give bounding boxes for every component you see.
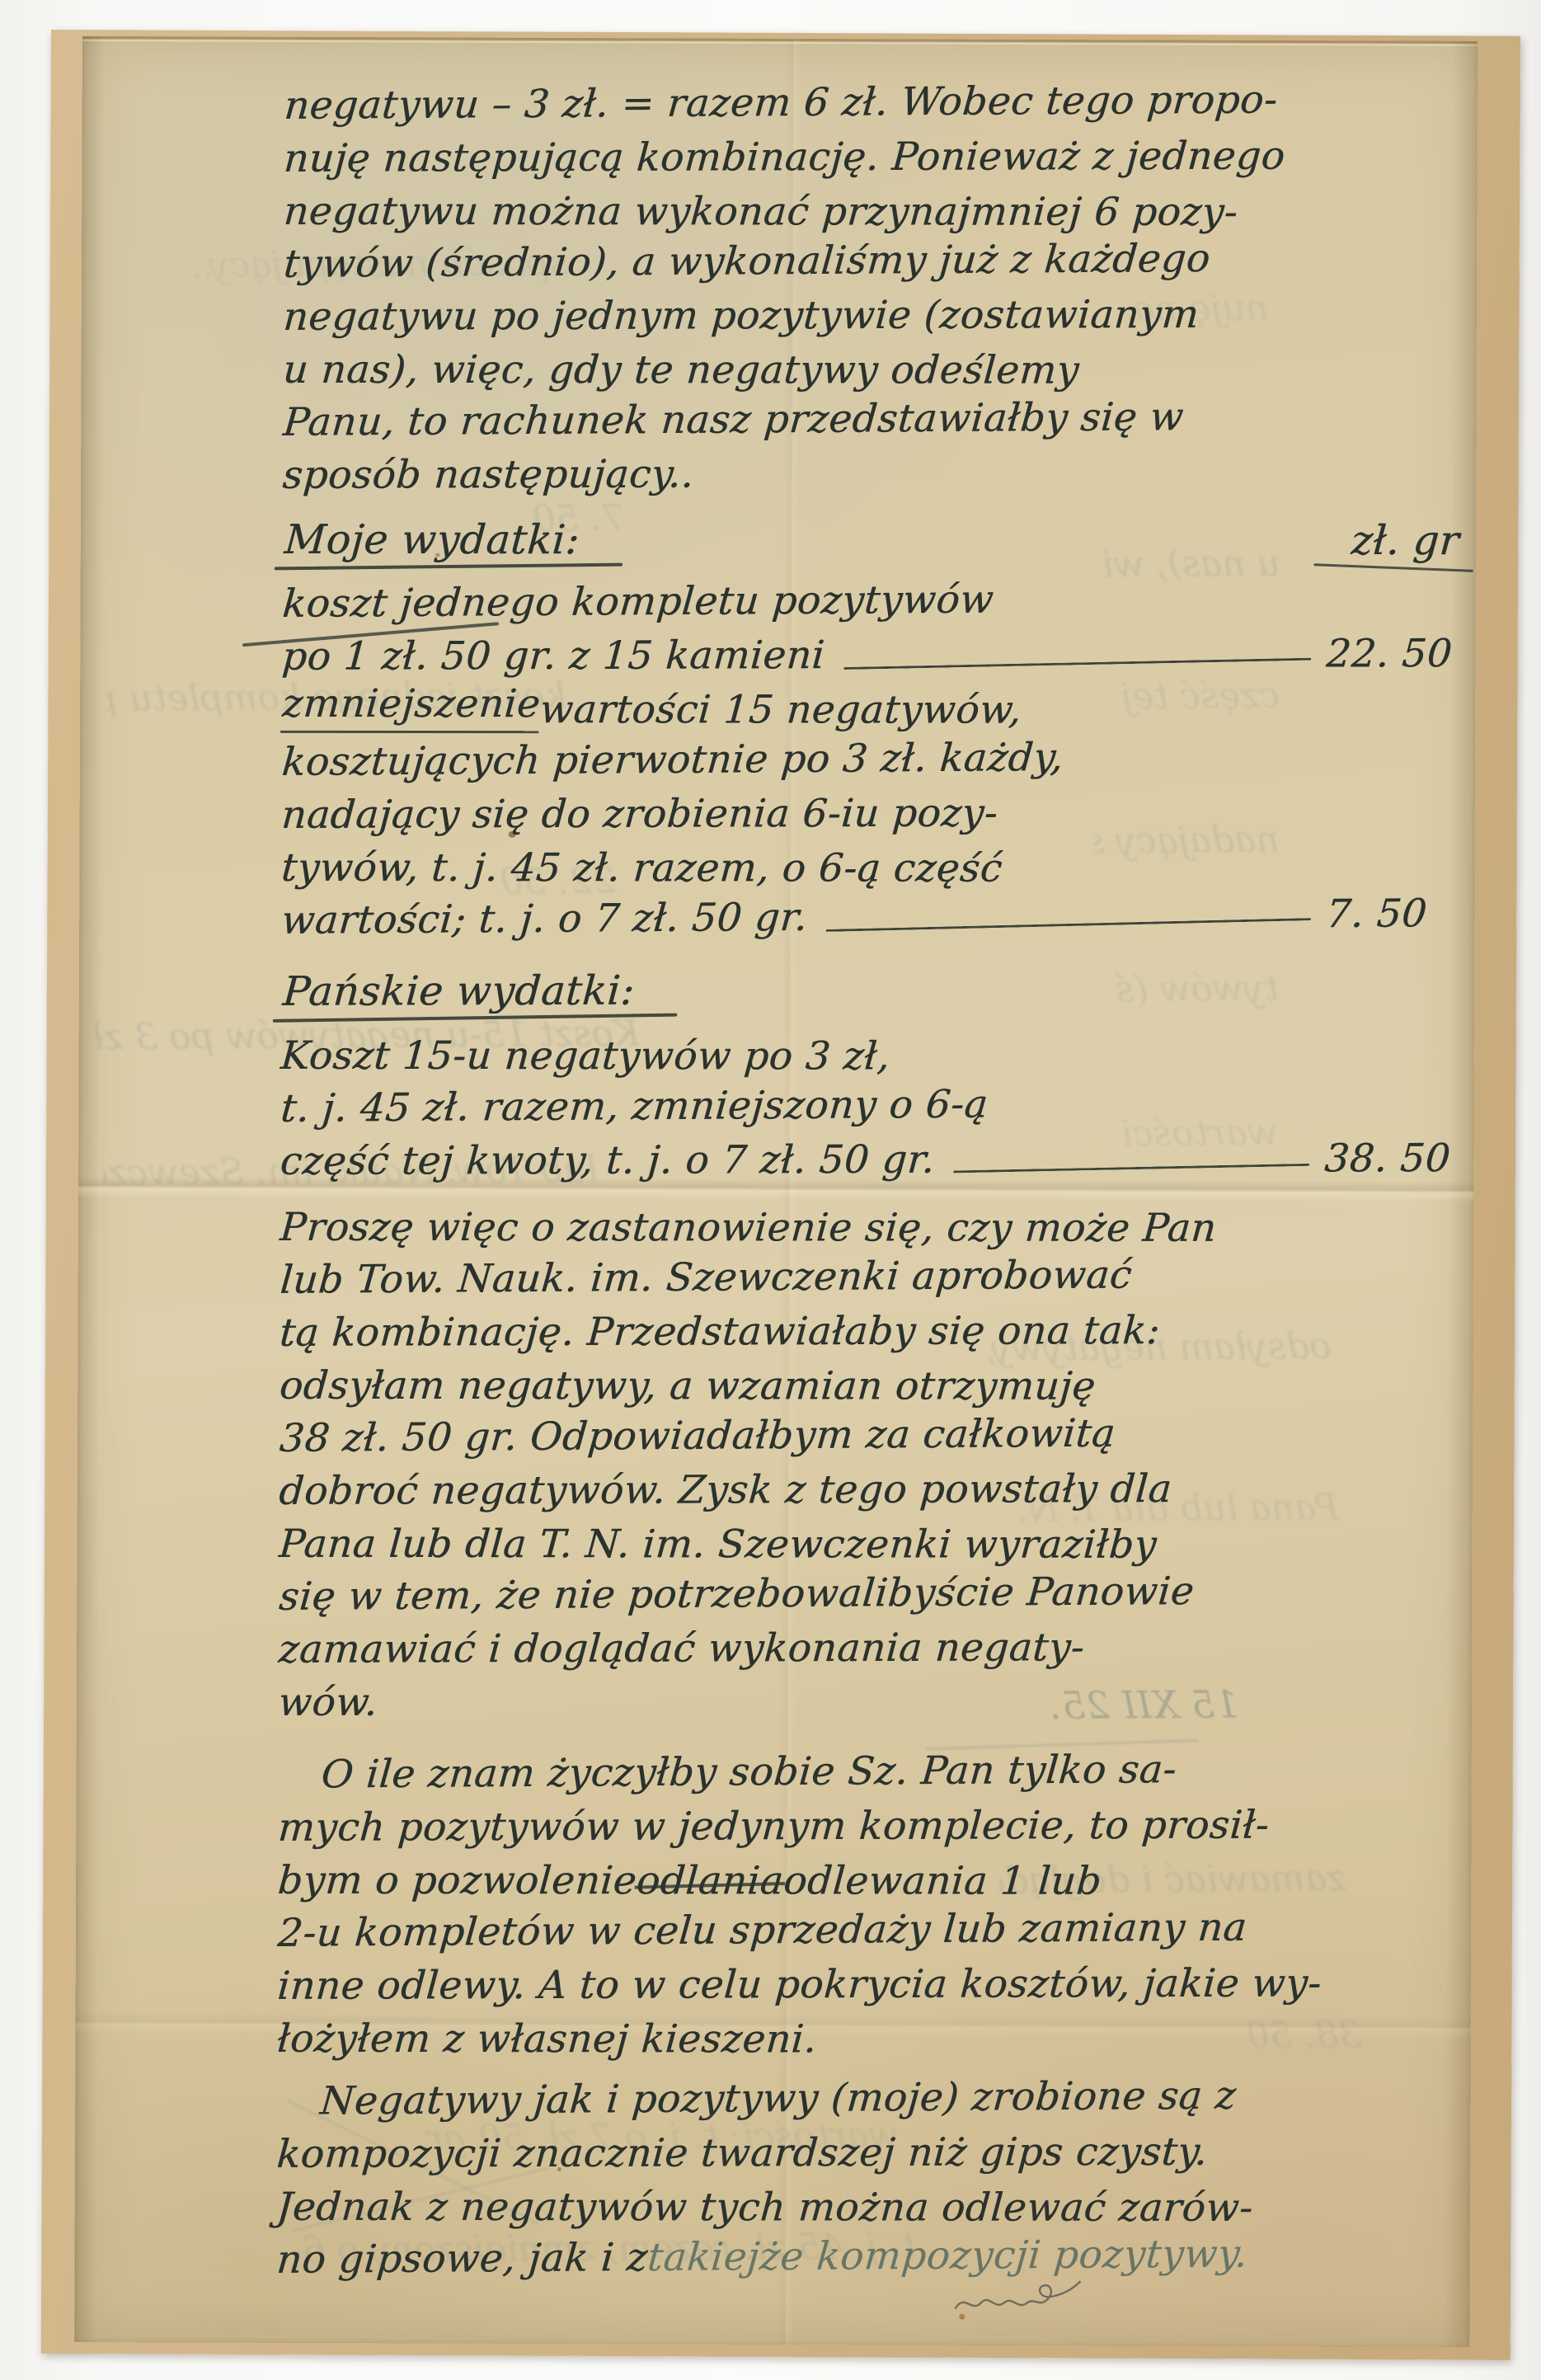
letter-line: Negatywy jak i pozytywy (moje) zrobione … — [275, 2065, 1464, 2125]
letter-line: tywów (średnio), a wykonaliśmy już z każ… — [282, 228, 1471, 288]
line-text: tywów, t. j. 45 zł. razem, o 6-ą część — [280, 845, 1003, 892]
letter-line: O ile znam życzyłby sobie Sz. Pan tylko … — [277, 1738, 1466, 1799]
letter-line: u nas), więc, gdy te negatywy odeślemy — [281, 341, 1469, 394]
line-text: lub Tow. Nauk. im. Szewczenki aprobować — [279, 1253, 1134, 1304]
line-text: O ile znam życzyłby sobie Sz. Pan tylko … — [277, 1747, 1179, 1799]
line-text: wów. — [277, 1680, 379, 1726]
letter-line: sposób następujący.. — [281, 443, 1469, 499]
letter-line: Proszę więc o zastanowienie się, czy moż… — [279, 1198, 1467, 1252]
line-text: zamawiać i doglądać wykonania negaty- — [277, 1625, 1086, 1673]
line-text: bym o pozwolenie — [276, 1858, 638, 1904]
letter-line: łożyłem z własnej kieszeni. — [275, 2010, 1463, 2063]
line-text: negatywu można wykonać przynajmniej 6 po… — [282, 189, 1239, 236]
currency-column-header: zł. gr — [1341, 518, 1468, 569]
letter-line: kompozycji znacznie twardszej niż gips c… — [275, 2122, 1463, 2178]
letter-line: Jednak z negatywów tych można odlewać za… — [275, 2178, 1463, 2232]
struck-word: odlania — [635, 1858, 785, 1904]
expense-line: koszt jednego kompletu pozytywów — [280, 567, 1469, 628]
line-text: kompozycji znacznie twardszej niż gips c… — [275, 2129, 1209, 2178]
expense-line: t. j. 45 zł. razem, zmniejszony o 6-ą — [279, 1072, 1468, 1132]
letter-line: nuję następującą kombinację. Ponieważ z … — [282, 126, 1470, 182]
line-text: nuję następującą kombinację. Ponieważ z … — [282, 134, 1286, 182]
line-text: Negatywy jak i pozytywy (moje) zrobione … — [275, 2073, 1238, 2125]
letter-line: dobroć negatywów. Zysk z tego powstały d… — [278, 1459, 1466, 1515]
line-text: tą kombinację. Przedstawiałaby się ona t… — [278, 1308, 1161, 1357]
line-text: koszt jednego kompletu pozytywów — [280, 577, 995, 628]
line-text: nadający się do zrobienia 6-iu pozy- — [280, 791, 1000, 839]
letter-line: no gipsowe, jak i z takiejże kompozycji … — [275, 2223, 1463, 2284]
line-text: mych pozytywów w jedynym komplecie, to p… — [276, 1803, 1271, 1851]
letter-line: Panu, to rachunek nasz przedstawiałby si… — [281, 386, 1470, 446]
expense-amount: 22. 50 — [1325, 631, 1468, 677]
line-text: odsyłam negatywy, a wzamian otrzymuję — [278, 1363, 1097, 1410]
letter-line: negatywu po jednym pozytywie (zostawiany… — [282, 285, 1470, 341]
faded-ink-text: takiejże kompozycji pozytywy. — [646, 2232, 1250, 2281]
expense-line: nadający się do zrobienia 6-iu pozy- — [280, 783, 1468, 839]
expense-dash-line — [843, 658, 1311, 670]
my-expenses-heading: Moje wydatki:zł. gr — [281, 515, 1469, 569]
line-text: no gipsowe, jak i z — [275, 2235, 649, 2284]
expenses-heading: Moje wydatki: — [281, 517, 588, 568]
letter-line: tą kombinację. Przedstawiałaby się ona t… — [278, 1301, 1466, 1357]
line-text: część tej kwoty, t. j. o 7 zł. 50 gr. — [279, 1137, 936, 1185]
line-text: dobroć negatywów. Zysk z tego powstały d… — [278, 1466, 1173, 1515]
expense-line: po 1 zł. 50 gr. z 15 kamieni22. 50 — [280, 624, 1468, 680]
line-text: t. j. 45 zł. razem, zmniejszony o 6-ą — [279, 1082, 989, 1132]
line-text: sposób następujący.. — [281, 452, 696, 499]
expense-line: część tej kwoty, t. j. o 7 zł. 50 gr.38.… — [279, 1129, 1467, 1185]
underlined-word: zmniejszenie — [280, 681, 542, 733]
line-text: Koszt 15-u negatywów po 3 zł, — [280, 1033, 892, 1080]
expense-amount: 38. 50 — [1323, 1136, 1467, 1182]
line-text: Pana lub dla T. N. im. Szewczenki wyrazi… — [278, 1522, 1158, 1569]
expense-line: Koszt 15-u negatywów po 3 zł, — [280, 1027, 1468, 1080]
your-expenses-heading: Pańskie wydatki: — [280, 964, 1468, 1020]
scanned-letter: { "document": { "kind": "handwritten let… — [0, 0, 1541, 2380]
letter-line: bym o pozwolenie odlania odlewania 1 lub — [276, 1851, 1464, 1905]
letter-line: wów. — [277, 1673, 1465, 1727]
line-text: kosztujących pierwotnie po 3 zł. każdy, — [280, 735, 1065, 786]
line-text: tywów (średnio), a wykonaliśmy już z każ… — [282, 236, 1212, 288]
line-text: odlewania 1 lub — [782, 1858, 1104, 1904]
line-text: Proszę więc o zastanowienie się, czy moż… — [279, 1205, 1218, 1252]
letter-page: sposób następujący..nuję następującą kom… — [74, 36, 1478, 2347]
line-text: Jednak z negatywów tych można odlewać za… — [275, 2185, 1255, 2232]
line-text: 2-u kompletów w celu sprzedaży lub zamia… — [276, 1905, 1249, 1957]
letter-line: Pana lub dla T. N. im. Szewczenki wyrazi… — [278, 1515, 1466, 1569]
letter-line: inne odlewy. A to w celu pokrycia kosztó… — [276, 1954, 1464, 2010]
letter-line: 2-u kompletów w celu sprzedaży lub zamia… — [276, 1897, 1465, 1957]
letter-content: negatywu – 3 zł. = razem 6 zł. Wobec teg… — [275, 77, 1466, 2288]
line-text: wartości; t. j. o 7 zł. 50 gr. — [280, 895, 809, 944]
line-text: wartości 15 negatywów, — [538, 687, 1023, 733]
expense-line: tywów, t. j. 45 zł. razem, o 6-ą część — [280, 839, 1468, 892]
line-text: u nas), więc, gdy te negatywy odeślemy — [281, 347, 1080, 394]
letter-line: 38 zł. 50 gr. Odpowiadałbym za całkowitą — [278, 1402, 1467, 1462]
expense-dash-line — [954, 1164, 1309, 1174]
expense-line: wartości; t. j. o 7 zł. 50 gr.7. 50 — [280, 884, 1468, 944]
line-text: negatywu po jednym pozytywie (zostawiany… — [282, 292, 1200, 341]
line-text: po 1 zł. 50 gr. z 15 kamieni — [280, 633, 826, 680]
line-text: negatywu – 3 zł. = razem 6 zł. Wobec teg… — [283, 78, 1280, 129]
expense-dash-line — [826, 918, 1311, 932]
line-text: 38 zł. 50 gr. Odpowiadałbym za całkowitą — [278, 1411, 1117, 1462]
letter-line: negatywu – 3 zł. = razem 6 zł. Wobec teg… — [283, 69, 1472, 129]
line-text: Panu, to rachunek nasz przedstawiałby si… — [281, 394, 1185, 446]
letter-line: odsyłam negatywy, a wzamian otrzymuję — [278, 1357, 1466, 1410]
expense-line: kosztujących pierwotnie po 3 zł. każdy, — [280, 726, 1469, 786]
expenses-heading: Pańskie wydatki: — [280, 968, 643, 1020]
letter-line: negatywu można wykonać przynajmniej 6 po… — [282, 182, 1470, 236]
line-text: się w tem, że nie potrzebowalibyście Pan… — [277, 1569, 1196, 1620]
line-text: łożyłem z własnej kieszeni. — [275, 2016, 818, 2063]
letter-line: lub Tow. Nauk. im. Szewczenki aprobować — [279, 1244, 1468, 1304]
expense-line: zmniejszenie wartości 15 negatywów, — [280, 680, 1468, 734]
line-text: inne odlewy. A to w celu pokrycia kosztó… — [276, 1961, 1323, 2010]
expense-amount: 7. 50 — [1324, 891, 1468, 938]
letter-line: zamawiać i doglądać wykonania negaty- — [277, 1617, 1465, 1673]
letter-line: mych pozytywów w jedynym komplecie, to p… — [276, 1795, 1464, 1851]
letter-line: się w tem, że nie potrzebowalibyście Pan… — [277, 1560, 1466, 1620]
